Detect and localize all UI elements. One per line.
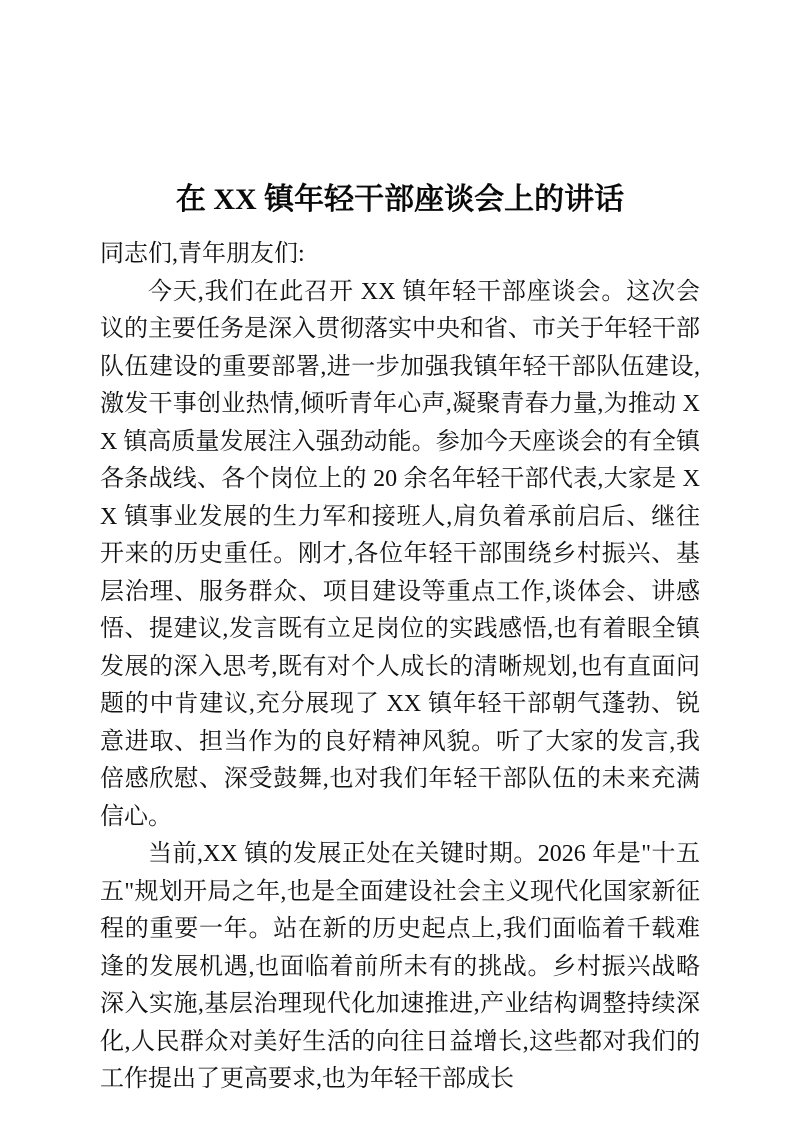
salutation-line: 同志们,青年朋友们:: [100, 236, 700, 274]
body-paragraph-1: 今天,我们在此召开 XX 镇年轻干部座谈会。这次会议的主要任务是深入贯彻落实中央…: [100, 274, 700, 837]
body-paragraph-2: 当前,XX 镇的发展正处在关键时期。2026 年是"十五五"规划开局之年,也是全…: [100, 836, 700, 1099]
document-title: 在 XX 镇年轻干部座谈会上的讲话: [100, 180, 700, 220]
document-page: 在 XX 镇年轻干部座谈会上的讲话 同志们,青年朋友们: 今天,我们在此召开 X…: [0, 0, 800, 1131]
document-body: 同志们,青年朋友们: 今天,我们在此召开 XX 镇年轻干部座谈会。这次会议的主要…: [100, 236, 700, 1099]
